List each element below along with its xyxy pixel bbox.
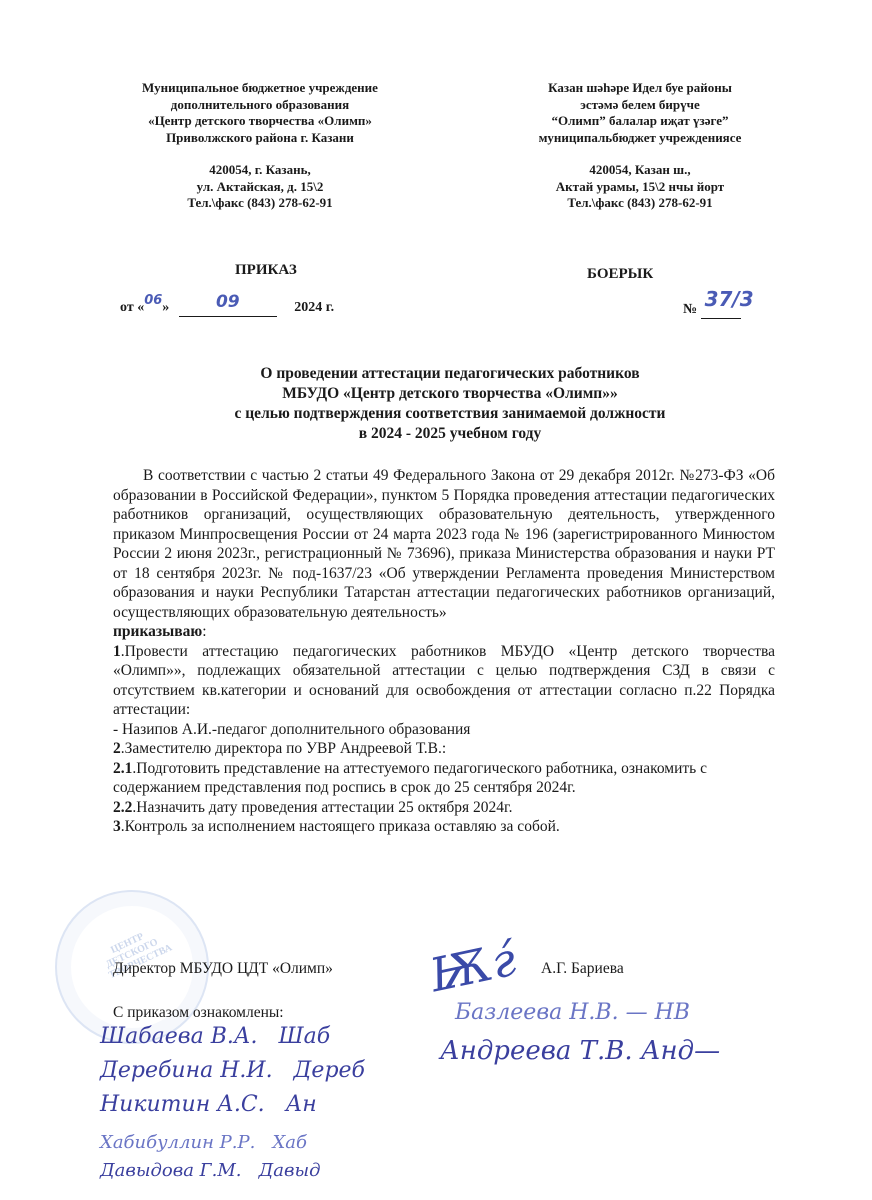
acquainted-name: Андреева Т.В. — [440, 1036, 633, 1066]
address-line: Актай урамы, 15\2 нчы йорт — [480, 179, 800, 196]
acquainted-label: С приказом ознакомлены: — [113, 1004, 284, 1022]
item-1: 1.Провести аттестацию педагогических раб… — [113, 642, 775, 720]
document-body: В соответствии с частью 2 статьи 49 Феде… — [113, 466, 775, 837]
date-prefix: от « — [120, 300, 144, 315]
acquainted-name: Деребина Н.И. — [100, 1058, 273, 1083]
acquainted-signature: Шабаева В.А. Шаб — [100, 1024, 330, 1049]
acquainted-signature: Базлеева Н.В. — НВ — [455, 1000, 690, 1025]
date-year: 2024 г. — [294, 300, 334, 315]
item-2-2: 2.2.Назначить дату проведения аттестации… — [113, 798, 775, 818]
acquainted-signature: Давыдова Г.М. Давыд — [100, 1160, 321, 1181]
director-signature: Ѭѓ — [425, 932, 520, 1003]
acquainted-name: Никитин А.С. — [100, 1092, 265, 1117]
item-num: 1 — [113, 643, 121, 660]
order-date: от «06» 09 2024 г. — [120, 296, 334, 317]
address-line: ул. Актайская, д. 15\2 — [100, 179, 420, 196]
item-num: 2 — [113, 740, 121, 757]
header-line: “Олимп” балалар иҗат үзәге” — [480, 113, 800, 130]
number-value: 37/3 — [705, 287, 754, 311]
item-2-1: 2.1.Подготовить представление на аттесту… — [113, 759, 775, 798]
acquainted-signature: Андреева Т.В. Анд— — [440, 1036, 720, 1066]
item-num: 2.2 — [113, 799, 132, 816]
acquainted-name: Хабибуллин Р.Р. — [100, 1132, 255, 1153]
address-line: 420054, Казан ш., — [480, 162, 800, 179]
header-line: Приволжского района г. Казани — [100, 130, 420, 147]
acquainted-signature: Хабибуллин Р.Р. Хаб — [100, 1132, 307, 1153]
date-month: 09 — [216, 292, 240, 312]
acquainted-signature: Никитин А.С. Ан — [100, 1092, 317, 1117]
item-text: .Подготовить представление на аттестуемо… — [113, 760, 707, 797]
acquainted-sig: Дереб — [294, 1058, 365, 1083]
number-prefix: № — [683, 302, 697, 317]
address-line: Тел.\факс (843) 278-62-91 — [480, 195, 800, 212]
number-field: 37/3 — [701, 302, 741, 319]
header-right-tatar: Казан шәһәре Идел буе районы эстәмә беле… — [480, 80, 800, 212]
header-line: Казан шәһәре Идел буе районы — [480, 80, 800, 97]
acquainted-sig: Шаб — [279, 1024, 331, 1049]
header-line: дополнительного образования — [100, 97, 420, 114]
title-line: МБУДО «Центр детского творчества «Олимп»… — [140, 384, 760, 404]
title-line: О проведении аттестации педагогических р… — [140, 364, 760, 384]
order-word-line: приказываю: — [113, 622, 775, 642]
document-title: О проведении аттестации педагогических р… — [140, 364, 760, 444]
doc-type-russian: ПРИКАЗ — [235, 262, 297, 279]
item-text: - Назипов А.И.-педагог дополнительного о… — [113, 721, 470, 738]
date-month-field: 09 — [179, 296, 277, 317]
header-line: Муниципальное бюджетное учреждение — [100, 80, 420, 97]
acquainted-name: Базлеева Н.В. — [455, 1000, 619, 1025]
item-teacher: - Назипов А.И.-педагог дополнительного о… — [113, 720, 775, 740]
doc-type-tatar: БОЕРЫК — [587, 266, 653, 283]
date-close: » — [162, 300, 169, 315]
order-word: приказываю — [113, 623, 202, 640]
item-2: 2.Заместителю директора по УВР Андреевой… — [113, 739, 775, 759]
header-line: «Центр детского творчества «Олимп» — [100, 113, 420, 130]
date-day: 06 — [144, 293, 162, 308]
item-num: 2.1 — [113, 760, 132, 777]
item-text: .Провести аттестацию педагогических рабо… — [113, 643, 775, 719]
address-line: Тел.\факс (843) 278-62-91 — [100, 195, 420, 212]
order-colon: : — [202, 623, 206, 640]
header-left-russian: Муниципальное бюджетное учреждение допол… — [100, 80, 420, 212]
acquainted-sig: НВ — [655, 1000, 690, 1025]
order-number: № 37/3 — [683, 302, 741, 319]
director-name: А.Г. Бариева — [541, 960, 624, 978]
acquainted-sig: Анд — [641, 1036, 694, 1066]
header-line: эстәмә белем бирүче — [480, 97, 800, 114]
preamble: В соответствии с частью 2 статьи 49 Феде… — [113, 466, 775, 622]
acquainted-signature: Деребина Н.И. Дереб — [100, 1058, 365, 1083]
acquainted-sig: Ан — [286, 1092, 317, 1117]
title-line: в 2024 - 2025 учебном году — [140, 424, 760, 444]
item-3: 3.Контроль за исполнением настоящего при… — [113, 817, 775, 837]
address-line: 420054, г. Казань, — [100, 162, 420, 179]
acquainted-name: Шабаева В.А. — [100, 1024, 258, 1049]
acquainted-sig: Хаб — [272, 1132, 307, 1153]
item-text: .Контроль за исполнением настоящего прик… — [121, 818, 560, 835]
director-title: Директор МБУДО ЦДТ «Олимп» — [113, 960, 333, 978]
header-line: муниципальбюджет учреждениясе — [480, 130, 800, 147]
item-text: .Назначить дату проведения аттестации 25… — [132, 799, 512, 816]
item-text: .Заместителю директора по УВР Андреевой … — [121, 740, 446, 757]
item-num: 3 — [113, 818, 121, 835]
acquainted-name: Давыдова Г.М. — [100, 1160, 241, 1181]
acquainted-sig: Давыд — [259, 1160, 321, 1181]
title-line: с целью подтверждения соответствия заним… — [140, 404, 760, 424]
